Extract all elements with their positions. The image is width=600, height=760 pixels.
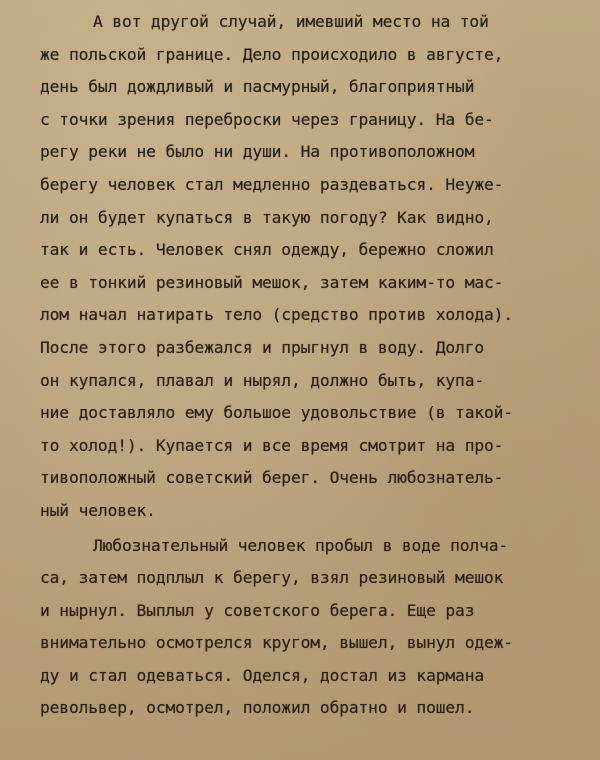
text-line: После этого разбежался и прыгнул в воду.…	[40, 332, 575, 365]
text-line: он купался, плавал и нырял, должно быть,…	[40, 365, 575, 398]
text-line: с точки зрения переброски через границу.…	[40, 104, 575, 137]
text-line: Любознательный человек пробыл в воде пол…	[40, 530, 575, 563]
text-line: ли он будет купаться в такую погоду? Как…	[40, 202, 575, 235]
text-line: ный человек.	[40, 495, 575, 528]
document-body: А вот другой случай, имевший место на то…	[40, 6, 575, 725]
text-line: револьвер, осмотрел, положил обратно и п…	[40, 692, 575, 725]
text-line: ее в тонкий резиновый мешок, затем каким…	[40, 267, 575, 300]
text-line: ние доставляло ему большое удовольствие …	[40, 397, 575, 430]
text-line: ду и стал одеваться. Оделся, достал из к…	[40, 660, 575, 693]
text-line: и нырнул. Выплыл у советского берега. Ещ…	[40, 595, 575, 628]
text-line: то холод!). Купается и все время смотрит…	[40, 430, 575, 463]
paragraph-2: Любознательный человек пробыл в воде пол…	[40, 530, 575, 726]
text-line: берегу человек стал медленно раздеваться…	[40, 169, 575, 202]
text-line: тивоположный советский берег. Очень любо…	[40, 462, 575, 495]
text-line: внимательно осмотрелся кругом, вышел, вы…	[40, 627, 575, 660]
text-line: А вот другой случай, имевший место на то…	[40, 6, 575, 39]
text-line: регу реки не было ни души. На противопол…	[40, 136, 575, 169]
text-line: лом начал натирать тело (средство против…	[40, 299, 575, 332]
text-line: так и есть. Человек снял одежду, бережно…	[40, 234, 575, 267]
typewritten-page: А вот другой случай, имевший место на то…	[0, 0, 600, 760]
text-line: же польской границе. Дело происходило в …	[40, 39, 575, 72]
text-line: са, затем подплыл к берегу, взял резинов…	[40, 562, 575, 595]
paragraph-1: А вот другой случай, имевший место на то…	[40, 6, 575, 528]
text-line: день был дождливый и пасмурный, благопри…	[40, 71, 575, 104]
